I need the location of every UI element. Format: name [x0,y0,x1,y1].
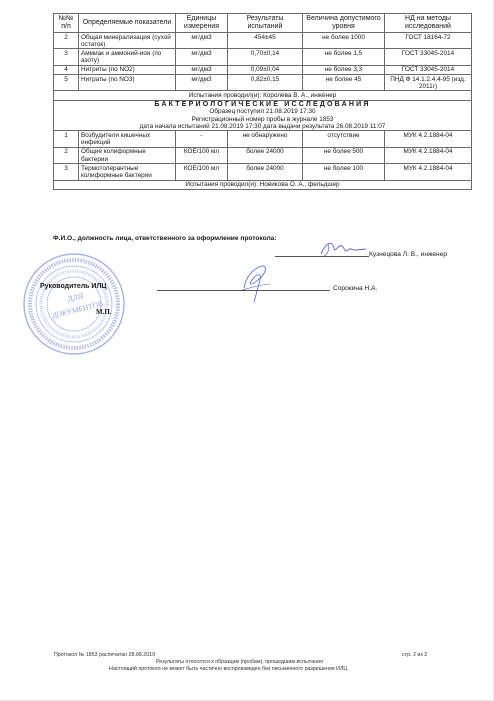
row-limit: не более 1000 [303,33,385,49]
header-indicator: Определяемые показатели [79,14,176,33]
head-signature-line [157,290,330,291]
registration-number: Регистрационный номер пробы в журнале 18… [56,116,469,123]
row-method: ГОСТ 18164-72 [385,33,472,49]
row-num: 2 [54,33,79,49]
row-method: МУК 4.2.1884-04 [385,147,472,163]
test-dates: дата начала испытаний 21.08.2019 17:30 д… [56,123,469,130]
head-of-lab-label: Руководитель ИЛЦ [40,283,106,290]
footer-note-reproduction: Настоящий протокол не может быть частичн… [109,666,347,672]
row-limit: не более 100 [303,164,385,180]
header-limit: Величина допустимого уровня [303,14,385,33]
bacteriology-section-row: БАКТЕРИОЛОГИЧЕСКИЕ ИССЛЕДОВАНИЯ Образец … [54,100,472,131]
row-method: ГОСТ 33045-2014 [385,49,472,65]
table-row: 1 Возбудители кишечных инфекций - не обн… [54,131,472,147]
page-number: стр. 2 из 2 [402,652,427,658]
row-name: Нитраты (по NO3) [79,75,176,91]
responsible-person-label: Ф.И.О., должность лица, ответственного з… [53,235,277,242]
row-limit: не более 45 [303,75,385,91]
stamp-place-mark: М.П. [96,308,112,316]
row-result: не обнаружено [228,131,303,147]
row-name: Общая минерализация (сухой остаток) [79,33,176,49]
row-num: 5 [54,75,79,91]
header-method: НД на методы исследований [385,14,472,33]
row-name: Возбудители кишечных инфекций [79,131,176,147]
results-table: №№ п/п Определяемые показатели Единицы и… [53,13,472,190]
row-num: 1 [54,131,79,147]
chemical-tester: Испытания проводил(и): Королева В. А., и… [54,91,472,100]
tester-row: Испытания проводил(и): Новикова О. А., ф… [54,180,472,189]
table-row: 5 Нитраты (по NO3) мг/дм3 0,82±0,15 не б… [54,75,472,91]
row-result: 0,09±0,04 [228,65,303,74]
row-method: ГОСТ 33045-2014 [385,65,472,74]
row-unit: КОЕ/100 мл [176,147,228,163]
row-num: 2 [54,147,79,163]
row-limit: не более 3,3 [303,65,385,74]
row-unit: мг/дм3 [176,49,228,65]
row-unit: - [176,131,228,147]
responsible-signature-line [275,256,369,257]
row-name: Нитриты (по NO2) [79,65,176,74]
row-limit: не более 1,5 [303,49,385,65]
row-name: Аммиак и аммоний-ион (по азоту) [79,49,176,65]
table-row: 3 Термотолерантные колиформные бактерии … [54,164,472,180]
row-method: ПНД Ф 14.1.2.4.4-95 (изд. 2011г) [385,75,472,91]
row-name: Общие колиформные бактерии [79,147,176,163]
row-name: Термотолерантные колиформные бактерии [79,164,176,180]
row-result: 0,70±0,14 [228,49,303,65]
row-num: 3 [54,49,79,65]
table-row: 2 Общая минерализация (сухой остаток) мг… [54,33,472,49]
row-result: 0,82±0,15 [228,75,303,91]
row-limit: отсутствие [303,131,385,147]
table-row: 3 Аммиак и аммоний-ион (по азоту) мг/дм3… [54,49,472,65]
row-unit: мг/дм3 [176,33,228,49]
row-result: более 24000 [228,164,303,180]
row-num: 4 [54,65,79,74]
table-row: 2 Общие колиформные бактерии КОЕ/100 мл … [54,147,472,163]
svg-text:ДЛЯ: ДЛЯ [66,291,85,304]
row-unit: мг/дм3 [176,65,228,74]
header-result: Результаты испытаний [228,14,303,33]
row-limit: не более 500 [303,147,385,163]
tester-row: Испытания проводил(и): Королева В. А., и… [54,91,472,100]
table-header-row: №№ п/п Определяемые показатели Единицы и… [54,14,472,33]
row-result: более 24000 [228,147,303,163]
header-unit: Единицы измерения [176,14,228,33]
seal-stamp-icon: ДЛЯ ДОКУМЕНТОВ [22,252,126,356]
row-method: МУК 4.2.1884-04 [385,164,472,180]
row-unit: КОЕ/100 мл [176,164,228,180]
header-num: №№ п/п [54,14,79,33]
row-unit: мг/дм3 [176,75,228,91]
bacterial-tester: Испытания проводил(и): Новикова О. А., ф… [54,180,472,189]
table-row: 4 Нитриты (по NO2) мг/дм3 0,09±0,04 не б… [54,65,472,74]
row-result: 454±45 [228,33,303,49]
row-method: МУК 4.2.1884-04 [385,131,472,147]
head-signature-scribble-icon [240,258,280,304]
footer-note-results: Результаты относятся к образцам (пробам)… [156,659,323,665]
row-num: 3 [54,164,79,180]
sample-received: Образец поступил 21.08.2019 17:30 [56,108,469,115]
head-name: Сорокина Н.А. [333,285,377,292]
protocol-printed: Протокол № 1853 распечатан 28.08.2019 [54,652,155,658]
bacteriology-section: БАКТЕРИОЛОГИЧЕСКИЕ ИССЛЕДОВАНИЯ Образец … [54,100,472,131]
responsible-name: Кузнецова Л. В., инженер [369,251,447,258]
